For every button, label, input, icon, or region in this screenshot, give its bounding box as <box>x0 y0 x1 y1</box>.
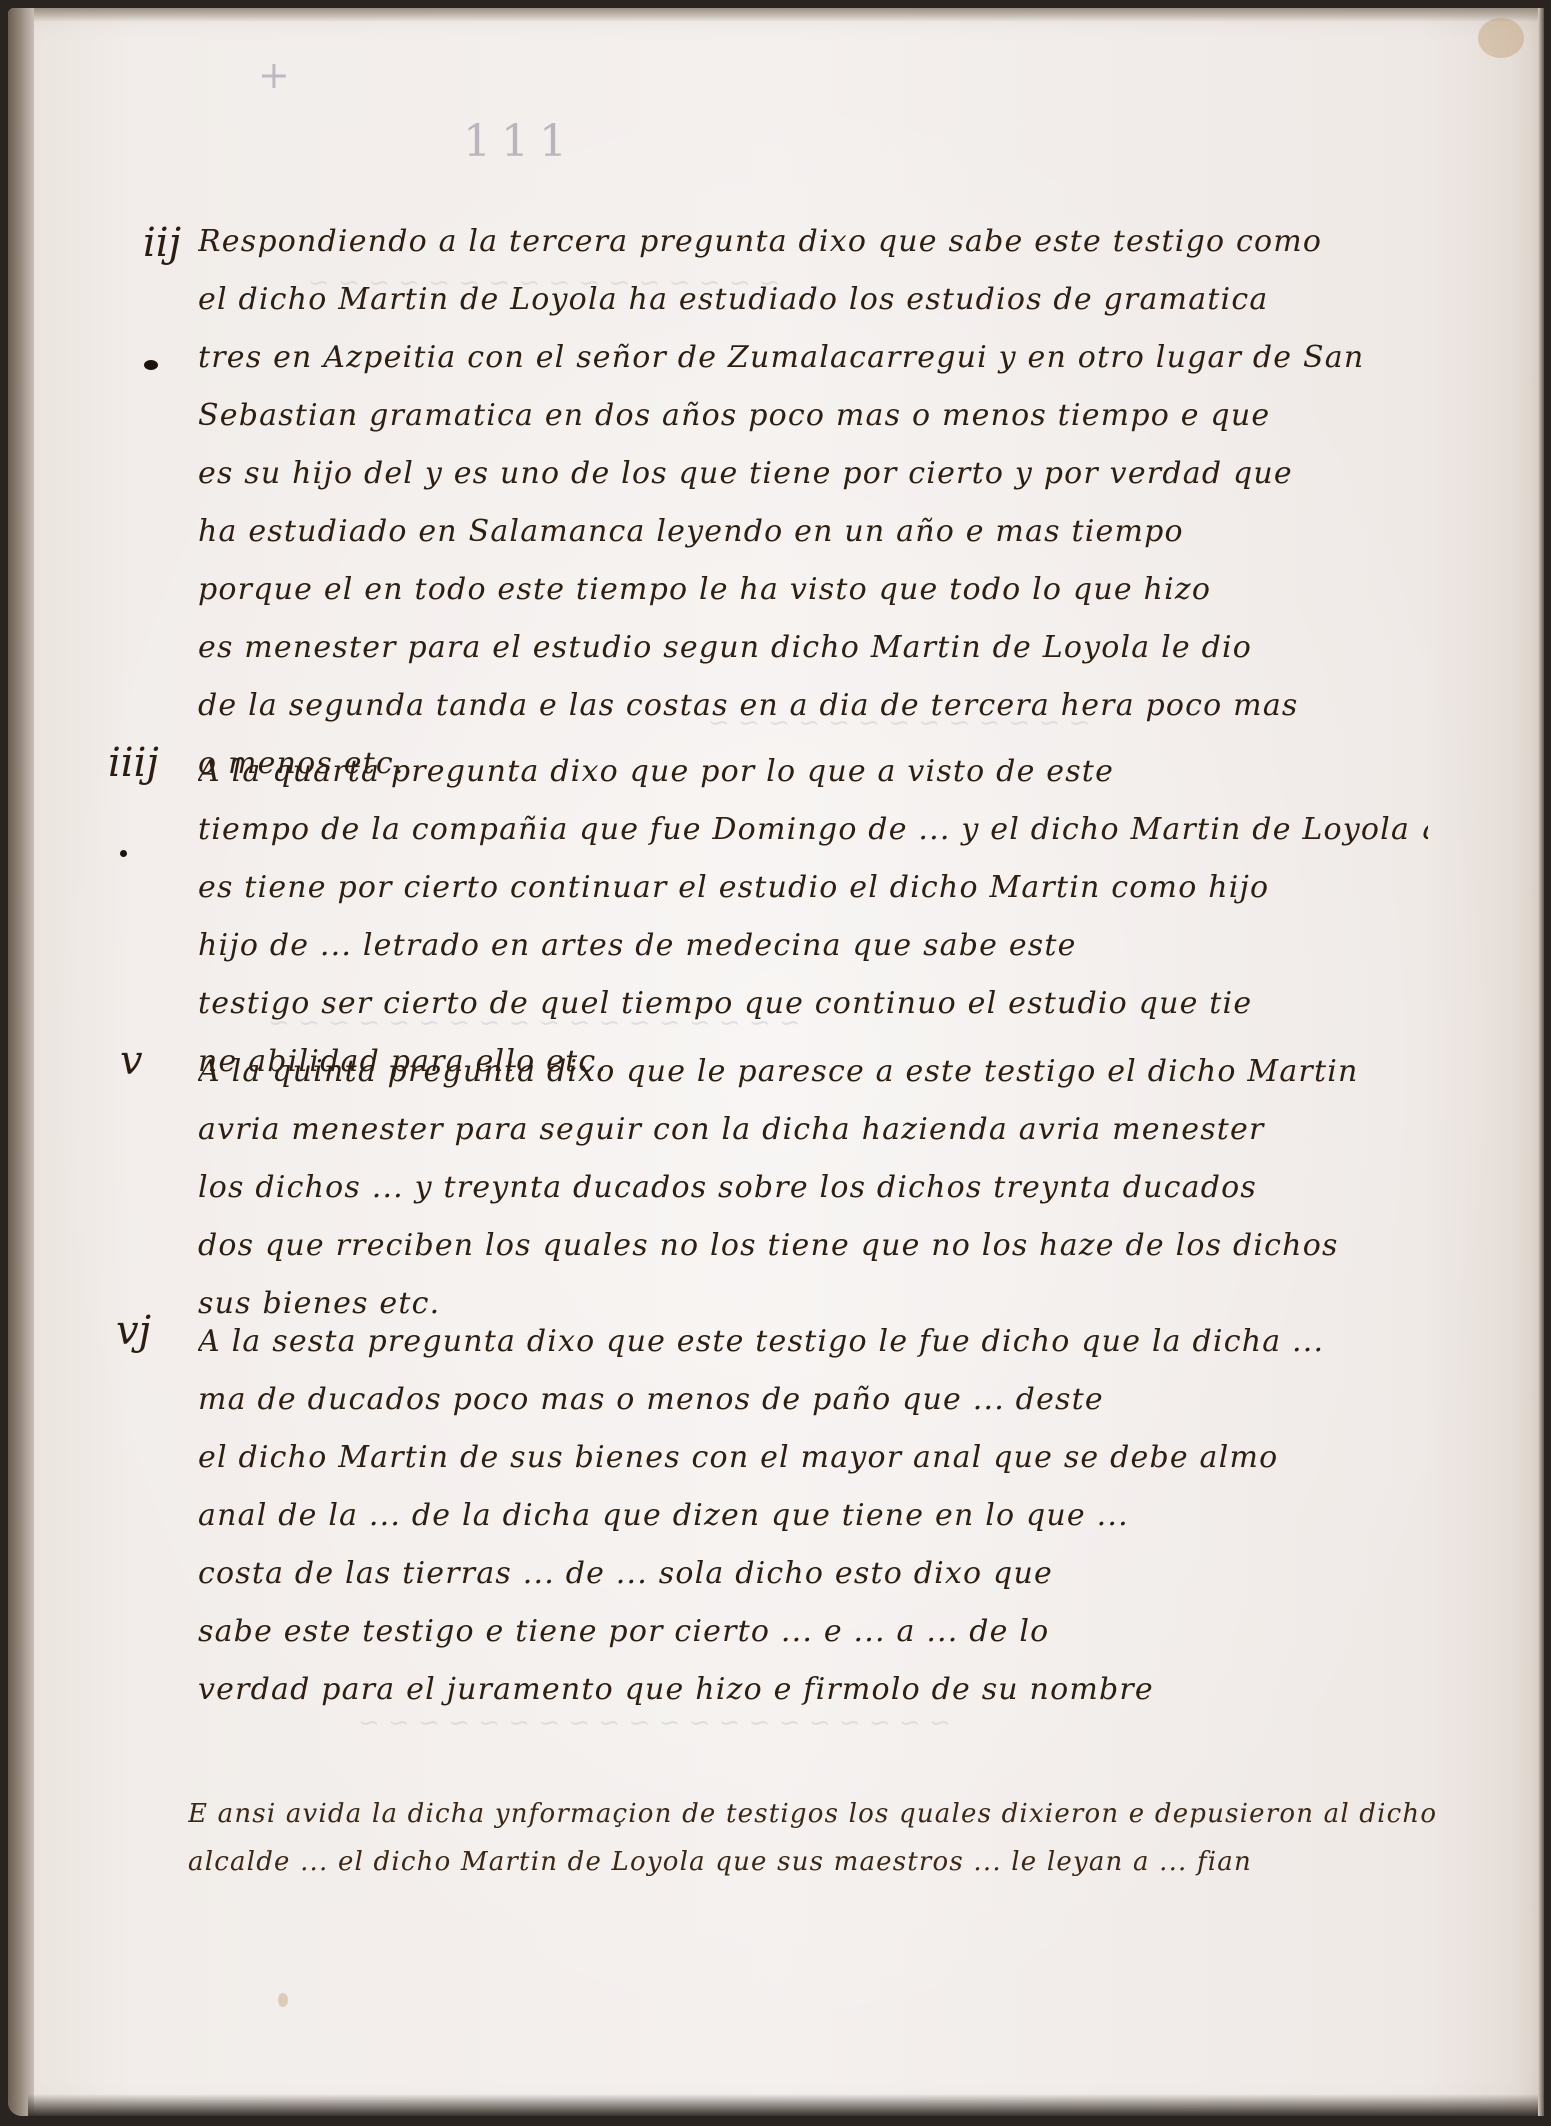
paragraph-v: A la quinta pregunta dixo que le paresce… <box>198 1043 1428 1333</box>
text-line: tres en Azpeitia con el señor de Zumalac… <box>198 329 1428 387</box>
text-line: es su hijo del y es uno de los que tiene… <box>198 445 1428 503</box>
marginal-numeral: vj <box>116 1308 151 1354</box>
paragraph-iiij: A la quarta pregunta dixo que por lo que… <box>198 743 1428 1091</box>
text-line: testigo ser cierto de quel tiempo que co… <box>198 975 1428 1033</box>
text-line: avria menester para seguir con la dicha … <box>198 1101 1428 1159</box>
text-line: de la segunda tanda e las costas en a di… <box>198 677 1428 735</box>
text-line: alcalde ... el dicho Martin de Loyola qu… <box>188 1838 1448 1886</box>
marginal-numeral: iij <box>143 220 181 266</box>
text-line: tiempo de la compañia que fue Domingo de… <box>198 801 1428 859</box>
marginal-numeral: iiij <box>108 740 159 786</box>
text-line: ha estudiado en Salamanca leyendo en un … <box>198 503 1428 561</box>
text-line: dos que rreciben los quales no los tiene… <box>198 1217 1428 1275</box>
closing-note: E ansi avida la dicha ynformaçion de tes… <box>188 1790 1448 1886</box>
text-line: es menester para el estudio segun dicho … <box>198 619 1428 677</box>
marginal-numeral: v <box>120 1038 143 1084</box>
text-line: los dichos ... y treynta ducados sobre l… <box>198 1159 1428 1217</box>
text-line: A la quarta pregunta dixo que por lo que… <box>198 743 1428 801</box>
folio-cross-mark: + <box>258 53 290 97</box>
text-line: ma de ducados poco mas o menos de paño q… <box>198 1371 1428 1429</box>
paper-stain <box>1478 18 1524 58</box>
text-line: porque el en todo este tiempo le ha vist… <box>198 561 1428 619</box>
text-line: es tiene por cierto continuar el estudio… <box>198 859 1428 917</box>
marginal-dot <box>144 360 158 370</box>
marginal-dot <box>120 850 127 857</box>
page-top-edge <box>34 8 1538 22</box>
text-line: Respondiendo a la tercera pregunta dixo … <box>198 213 1428 271</box>
paper-stain <box>278 1993 288 2007</box>
text-line: verdad para el juramento que hizo e firm… <box>198 1661 1428 1719</box>
text-line: hijo de ... letrado en artes de medecina… <box>198 917 1428 975</box>
paragraph-vj: A la sesta pregunta dixo que este testig… <box>198 1313 1428 1719</box>
paragraph-iij: Respondiendo a la tercera pregunta dixo … <box>198 213 1428 793</box>
manuscript-page: ~ ~ ~ ~ ~ ~ ~ ~ ~ ~ ~ ~ ~ ~ ~ ~ ~ ~ ~ ~ … <box>8 8 1544 2116</box>
text-line: anal de la ... de la dicha que dizen que… <box>198 1487 1428 1545</box>
text-line: Sebastian gramatica en dos años poco mas… <box>198 387 1428 445</box>
folio-number: 111 <box>463 116 577 167</box>
text-line: E ansi avida la dicha ynformaçion de tes… <box>188 1790 1448 1838</box>
text-line: costa de las tierras ... de ... sola dic… <box>198 1545 1428 1603</box>
text-line: sabe este testigo e tiene por cierto ...… <box>198 1603 1428 1661</box>
page-bottom-edge <box>28 2094 1538 2116</box>
text-line: el dicho Martin de sus bienes con el may… <box>198 1429 1428 1487</box>
text-line: A la sesta pregunta dixo que este testig… <box>198 1313 1428 1371</box>
text-line: el dicho Martin de Loyola ha estudiado l… <box>198 271 1428 329</box>
text-line: A la quinta pregunta dixo que le paresce… <box>198 1043 1428 1101</box>
